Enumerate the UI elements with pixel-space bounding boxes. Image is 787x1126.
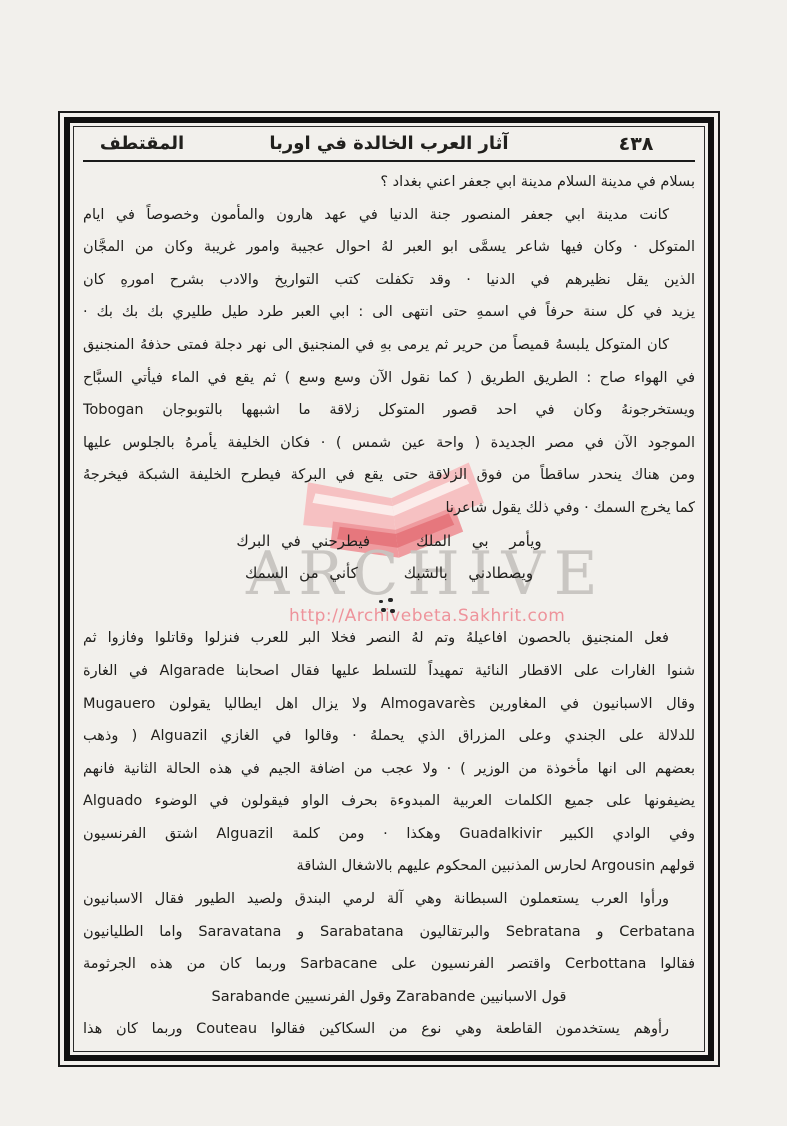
magazine-name: المقتطف [87, 133, 197, 154]
text-line: فقالوا Cerbottana واقتصر الفرنسيون على S… [83, 948, 695, 981]
paragraph-block-1: بسلام في مدينة السلام مدينة ابي جعفر اعن… [83, 166, 695, 525]
page-content-area: ٤٣٨ آثار العرب الخالدة في اوربا المقتطف … [73, 126, 705, 1052]
text-line: الذين يقل نظيرهم في الدنيا · وقد تكفلت ك… [83, 264, 695, 297]
text-line: قولهم Argousin لحارس المذنبين المحكوم عل… [83, 850, 695, 883]
text-line: وفي الوادي الكبير Guadalkivir وهكذا · وم… [83, 818, 695, 851]
text-line: للدلالة على الجندي وعلى المزراق الذي يحم… [83, 720, 695, 753]
text-line: يزيد في كل سنة حرفاً في اسمهِ حتى انتهى … [83, 296, 695, 329]
verse-hemistich-left: فيطرحني في البرك [236, 525, 370, 558]
text-line: في الهواء صاح : الطريق الطريق ( كما نقول… [83, 362, 695, 395]
text-line: كما يخرج السمك · وفي ذلك يقول شاعرنا [83, 492, 695, 525]
text-line: كان المتوكل يلبسهُ قميصاً من حرير ثم يرم… [83, 329, 695, 362]
verse-row: ويصطادني بالشبككأني من السمك [83, 557, 695, 590]
verse-hemistich-right: ويصطادني بالشبك [404, 557, 533, 590]
text-line: يضيفونها على جميع الكلمات العربية المبدو… [83, 785, 695, 818]
asterism-dots [377, 598, 401, 615]
verse-row: ويأمر بي الملكفيطرحني في البرك [83, 525, 695, 558]
asterism-divider [83, 590, 695, 623]
page-frame: ٤٣٨ آثار العرب الخالدة في اوربا المقتطف … [58, 111, 720, 1067]
text-line: ويستخرجونهُ وكان في احد قصور المتوكل زلا… [83, 394, 695, 427]
text-line: كانت مدينة ابي جعفر المنصور جنة الدنيا ف… [83, 199, 695, 232]
page-number: ٤٣٨ [581, 133, 691, 155]
text-line: ورأوا العرب يستعملون السبطانة وهي آلة لر… [83, 883, 695, 916]
text-line: بسلام في مدينة السلام مدينة ابي جعفر اعن… [83, 166, 695, 199]
text-line: المتوكل · وكان فيها شاعر يسمَّى ابو العب… [83, 231, 695, 264]
text-line: بعضهم الى انها مأخوذة من الوزير ) · ولا … [83, 753, 695, 786]
text-line: Cerbatana و Sebratana والبرتقاليون Sarab… [83, 916, 695, 949]
page-title: آثار العرب الخالدة في اوربا [197, 133, 581, 154]
text-line: وقال الاسبانيون في المغاورين Almogavarès… [83, 688, 695, 721]
text-line: رأوهم يستخدمون القاطعة وهي نوع من السكاك… [83, 1013, 695, 1046]
text-line: ومن هناك ينحدر ساقطاً من فوق الزلاقة حتى… [83, 459, 695, 492]
scanned-page: ARCHIVE http://Archivebeta.Sakhrit.com ٤… [0, 0, 787, 1126]
verse-hemistich-right: ويأمر بي الملك [416, 525, 542, 558]
verse-block: ويأمر بي الملكفيطرحني في البركويصطادني ب… [83, 525, 695, 590]
verse-hemistich-left: كأني من السمك [245, 557, 358, 590]
text-line: قول الاسبانيين Zarabande وقول الفرنسيين … [83, 981, 695, 1014]
text-line: فعل المنجنيق بالحصون افاعيلهُ وتم لهُ ال… [83, 622, 695, 655]
text-line: شنوا الغارات على الاقطار النائية تمهيداً… [83, 655, 695, 688]
text-flow: بسلام في مدينة السلام مدينة ابي جعفر اعن… [83, 162, 695, 1046]
paragraph-block-2: فعل المنجنيق بالحصون افاعيلهُ وتم لهُ ال… [83, 622, 695, 1046]
page-frame-inner-rule: ٤٣٨ آثار العرب الخالدة في اوربا المقتطف … [64, 117, 714, 1061]
text-line: الموجود الآن في مصر الجديدة ( واحة عين ش… [83, 427, 695, 460]
running-header: ٤٣٨ آثار العرب الخالدة في اوربا المقتطف [83, 127, 695, 162]
